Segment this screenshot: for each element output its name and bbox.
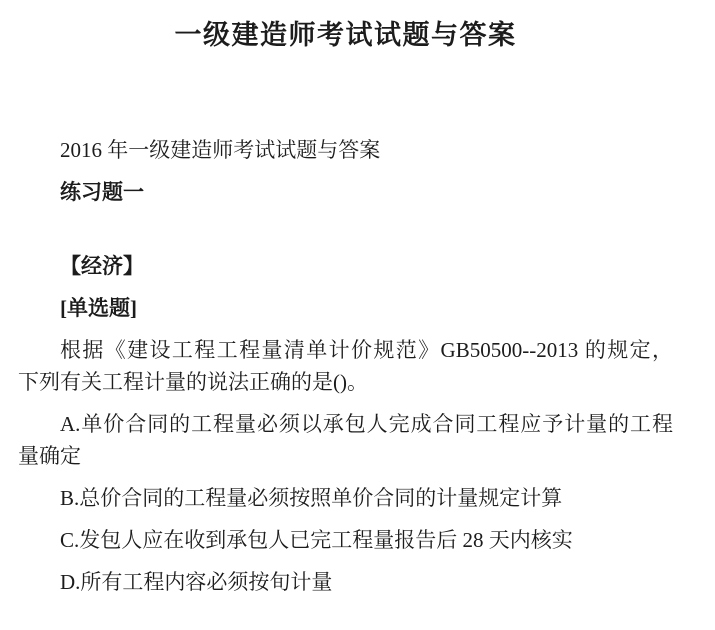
option-a: A.单价合同的工程量必须以承包人完成合同工程应予计量的工程 量确定	[18, 408, 673, 472]
option-c: C.发包人应在收到承包人已完工程量报告后 28 天内核实	[18, 524, 673, 556]
section-heading: 练习题一	[18, 176, 673, 208]
question-text-line-1: 根据《建设工程工程量清单计价规范》GB50500--2013 的规定，	[18, 334, 673, 366]
option-d: D.所有工程内容必须按旬计量	[18, 566, 673, 598]
option-a-line-1: A.单价合同的工程量必须以承包人完成合同工程应予计量的工程	[18, 408, 673, 440]
category-heading: 【经济】	[18, 250, 673, 282]
question-text-line-2: 下列有关工程计量的说法正确的是()。	[18, 366, 673, 398]
document-page: 一级建造师考试试题与答案 2016 年一级建造师考试试题与答案 练习题一 【经济…	[0, 0, 673, 598]
document-subtitle: 2016 年一级建造师考试试题与答案	[18, 134, 673, 166]
question-type-heading: [单选题]	[18, 292, 673, 324]
option-a-line-2: 量确定	[18, 440, 673, 472]
document-title: 一级建造师考试试题与答案	[18, 18, 673, 52]
option-b: B.总价合同的工程量必须按照单价合同的计量规定计算	[18, 482, 673, 514]
question-text: 根据《建设工程工程量清单计价规范》GB50500--2013 的规定， 下列有关…	[18, 334, 673, 398]
